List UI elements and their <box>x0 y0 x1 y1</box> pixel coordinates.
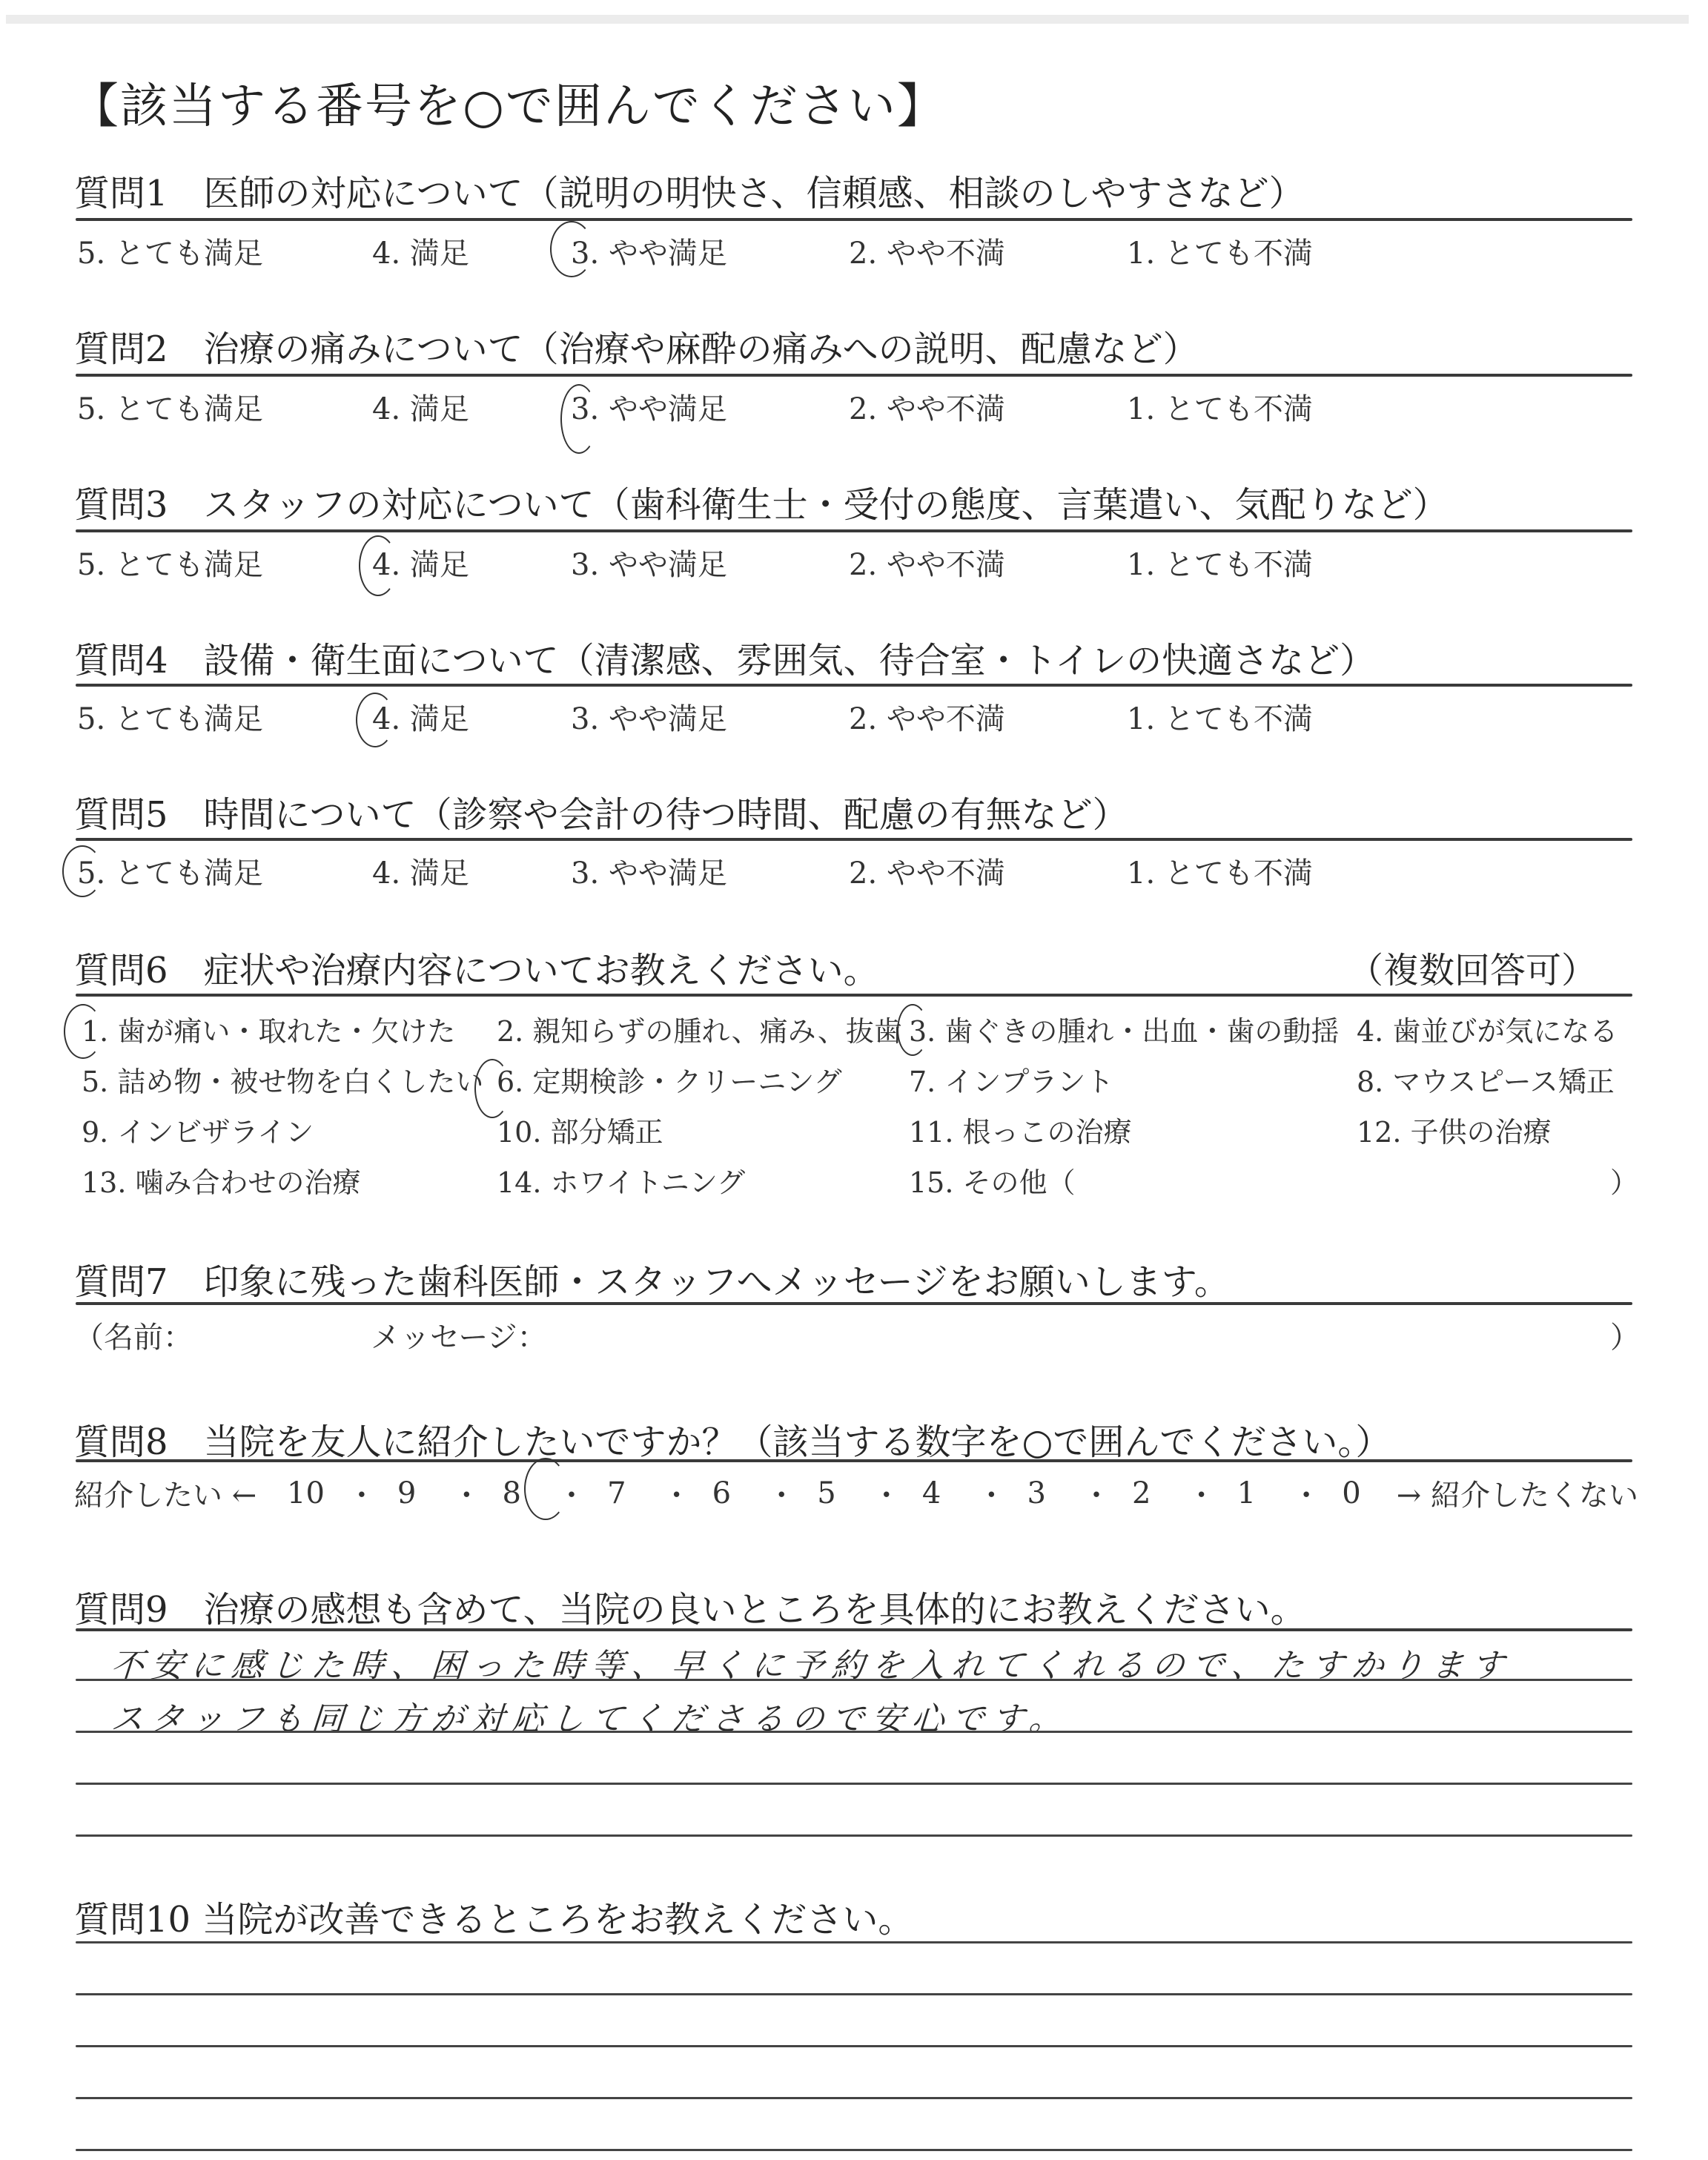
q1-option-3[interactable]: 3. やや満足 <box>571 230 727 272</box>
divider <box>76 529 1632 532</box>
q6-option-4[interactable]: 4. 歯並びが気になる <box>1357 1008 1618 1049</box>
selection-circle-icon <box>897 1004 928 1056</box>
answer-line <box>76 1834 1632 1837</box>
scan-edge <box>6 15 1689 24</box>
scale-value-5[interactable]: 5 <box>812 1476 841 1510</box>
scale-value-9[interactable]: 9 <box>392 1476 422 1510</box>
question-5-title: 質問5 時間について（診察や会計の待つ時間、配慮の有無など） <box>74 786 1128 837</box>
q3-option-1[interactable]: 1. とても不満 <box>1127 541 1313 584</box>
q3-option-5[interactable]: 5. とても満足 <box>77 541 263 584</box>
q6-option-2[interactable]: 2. 親知らずの腫れ、痛み、抜歯 <box>497 1008 902 1049</box>
q6-other-close-paren: ） <box>1610 1160 1638 1200</box>
q3-option-3[interactable]: 3. やや満足 <box>571 541 727 584</box>
divider <box>76 1302 1632 1305</box>
q6-option-12[interactable]: 12. 子供の治療 <box>1357 1109 1552 1150</box>
question-3-title: 質問3 スタッフの対応について（歯科衛生士・受付の態度、言葉遣い、気配りなど） <box>74 476 1449 527</box>
q5-option-4[interactable]: 4. 満足 <box>372 850 469 892</box>
question-7-title: 質問7 印象に残った歯科医師・スタッフへメッセージをお願いします。 <box>74 1253 1230 1304</box>
scale-right-label: → 紹介したくない <box>1397 1472 1638 1514</box>
answer-line <box>76 2097 1632 2099</box>
q5-option-1[interactable]: 1. とても不満 <box>1127 850 1313 892</box>
question-6-title: 質問6 症状や治療内容についてお教えください。 <box>74 942 879 993</box>
q4-option-3[interactable]: 3. やや満足 <box>571 696 727 738</box>
q6-option-11[interactable]: 11. 根っこの治療 <box>909 1109 1132 1150</box>
q4-option-2[interactable]: 2. やや不満 <box>849 696 1005 738</box>
selection-circle-icon <box>356 693 394 747</box>
selection-circle-icon <box>524 1458 567 1520</box>
scale-value-2[interactable]: 2 <box>1127 1476 1156 1510</box>
selection-circle-icon <box>62 845 102 897</box>
q7-message-label: メッセージ： <box>371 1314 547 1356</box>
q7-name-label: （名前： <box>74 1314 193 1356</box>
scale-value-1[interactable]: 1 <box>1231 1476 1261 1510</box>
q2-option-5[interactable]: 5. とても満足 <box>77 386 263 428</box>
q4-option-1[interactable]: 1. とても不満 <box>1127 696 1313 738</box>
q5-option-2[interactable]: 2. やや不満 <box>849 850 1005 892</box>
q5-option-3[interactable]: 3. やや満足 <box>571 850 727 892</box>
q6-option-6[interactable]: 6. 定期検診・クリーニング <box>497 1059 842 1100</box>
q6-option-1[interactable]: 1. 歯が痛い・取れた・欠けた <box>82 1008 455 1049</box>
scale-value-4[interactable]: 4 <box>917 1476 947 1510</box>
q4-option-5[interactable]: 5. とても満足 <box>77 696 263 738</box>
q1-option-2[interactable]: 2. やや不満 <box>849 230 1005 272</box>
answer-line <box>76 1783 1632 1785</box>
answer-line <box>76 2045 1632 2047</box>
selection-circle-icon <box>560 384 598 454</box>
recommend-scale: 紹介したい ← 10・ 9・ 8・ 7・ 6・ 5・ 4・ 3・ 2・ 1・ 0… <box>74 1472 1638 1514</box>
q6-option-9[interactable]: 9. インビザライン <box>82 1109 314 1150</box>
selection-circle-icon <box>359 535 397 596</box>
q6-option-7[interactable]: 7. インプラント <box>909 1059 1113 1100</box>
question-2-title: 質問2 治療の痛みについて（治療や麻酔の痛みへの説明、配慮など） <box>74 320 1199 371</box>
selection-circle-icon <box>550 221 593 277</box>
divider <box>76 1459 1632 1462</box>
scale-value-3[interactable]: 3 <box>1022 1476 1051 1510</box>
answer-line <box>76 1941 1632 1943</box>
page-title: 【該当する番号を○で囲んでください】 <box>71 68 946 136</box>
scale-value-7[interactable]: 7 <box>602 1476 632 1510</box>
q5-option-5[interactable]: 5. とても満足 <box>77 850 263 892</box>
q2-option-1[interactable]: 1. とても不満 <box>1127 386 1313 428</box>
question-10-title: 質問10 当院が改善できるところをお教えください。 <box>74 1891 913 1942</box>
divider <box>76 218 1632 221</box>
question-6-note: （複数回答可） <box>1348 942 1597 993</box>
divider <box>76 684 1632 687</box>
selection-circle-icon <box>474 1059 510 1118</box>
q1-option-4[interactable]: 4. 満足 <box>372 230 469 272</box>
question-4-title: 質問4 設備・衛生面について（清潔感、雰囲気、待合室・トイレの快適さなど） <box>74 632 1375 683</box>
scale-value-8[interactable]: 8 <box>497 1476 526 1510</box>
q6-option-3[interactable]: 3. 歯ぐきの腫れ・出血・歯の動揺 <box>909 1008 1339 1049</box>
question-9-title: 質問9 治療の感想も含めて、当院の良いところを具体的にお教えください。 <box>74 1581 1306 1632</box>
q1-option-5[interactable]: 5. とても満足 <box>77 230 263 272</box>
q1-option-1[interactable]: 1. とても不満 <box>1127 230 1313 272</box>
q2-option-4[interactable]: 4. 満足 <box>372 386 469 428</box>
answer-line <box>76 1679 1632 1681</box>
q3-option-2[interactable]: 2. やや不満 <box>849 541 1005 584</box>
q6-option-8[interactable]: 8. マウスピース矯正 <box>1357 1059 1615 1100</box>
scale-value-10[interactable]: 10 <box>287 1476 317 1510</box>
q6-option-5[interactable]: 5. 詰め物・被せ物を白くしたい <box>82 1059 483 1100</box>
question-1-title: 質問1 医師の対応について（説明の明快さ、信頼感、相談のしやすさなど） <box>74 165 1305 216</box>
scale-value-0[interactable]: 0 <box>1337 1476 1366 1510</box>
q6-option-13[interactable]: 13. 噛み合わせの治療 <box>82 1160 361 1200</box>
answer-line <box>76 2149 1632 2151</box>
question-8-title: 質問8 当院を友人に紹介したいですか？（該当する数字を○で囲んでください。） <box>74 1413 1391 1464</box>
q6-option-10[interactable]: 10. 部分矯正 <box>497 1109 663 1150</box>
selection-circle-icon <box>64 1004 102 1059</box>
q7-close-paren: ） <box>1610 1314 1640 1356</box>
divider <box>76 374 1632 377</box>
q6-option-14[interactable]: 14. ホワイトニング <box>497 1160 745 1200</box>
scale-value-6[interactable]: 6 <box>706 1476 736 1510</box>
q6-option-15[interactable]: 15. その他（ <box>909 1160 1076 1200</box>
answer-line <box>76 1993 1632 1995</box>
scale-left-label: 紹介したい ← <box>74 1472 256 1514</box>
divider <box>76 994 1632 997</box>
divider <box>76 1628 1632 1631</box>
q2-option-2[interactable]: 2. やや不満 <box>849 386 1005 428</box>
divider <box>76 838 1632 841</box>
answer-line <box>76 1731 1632 1733</box>
